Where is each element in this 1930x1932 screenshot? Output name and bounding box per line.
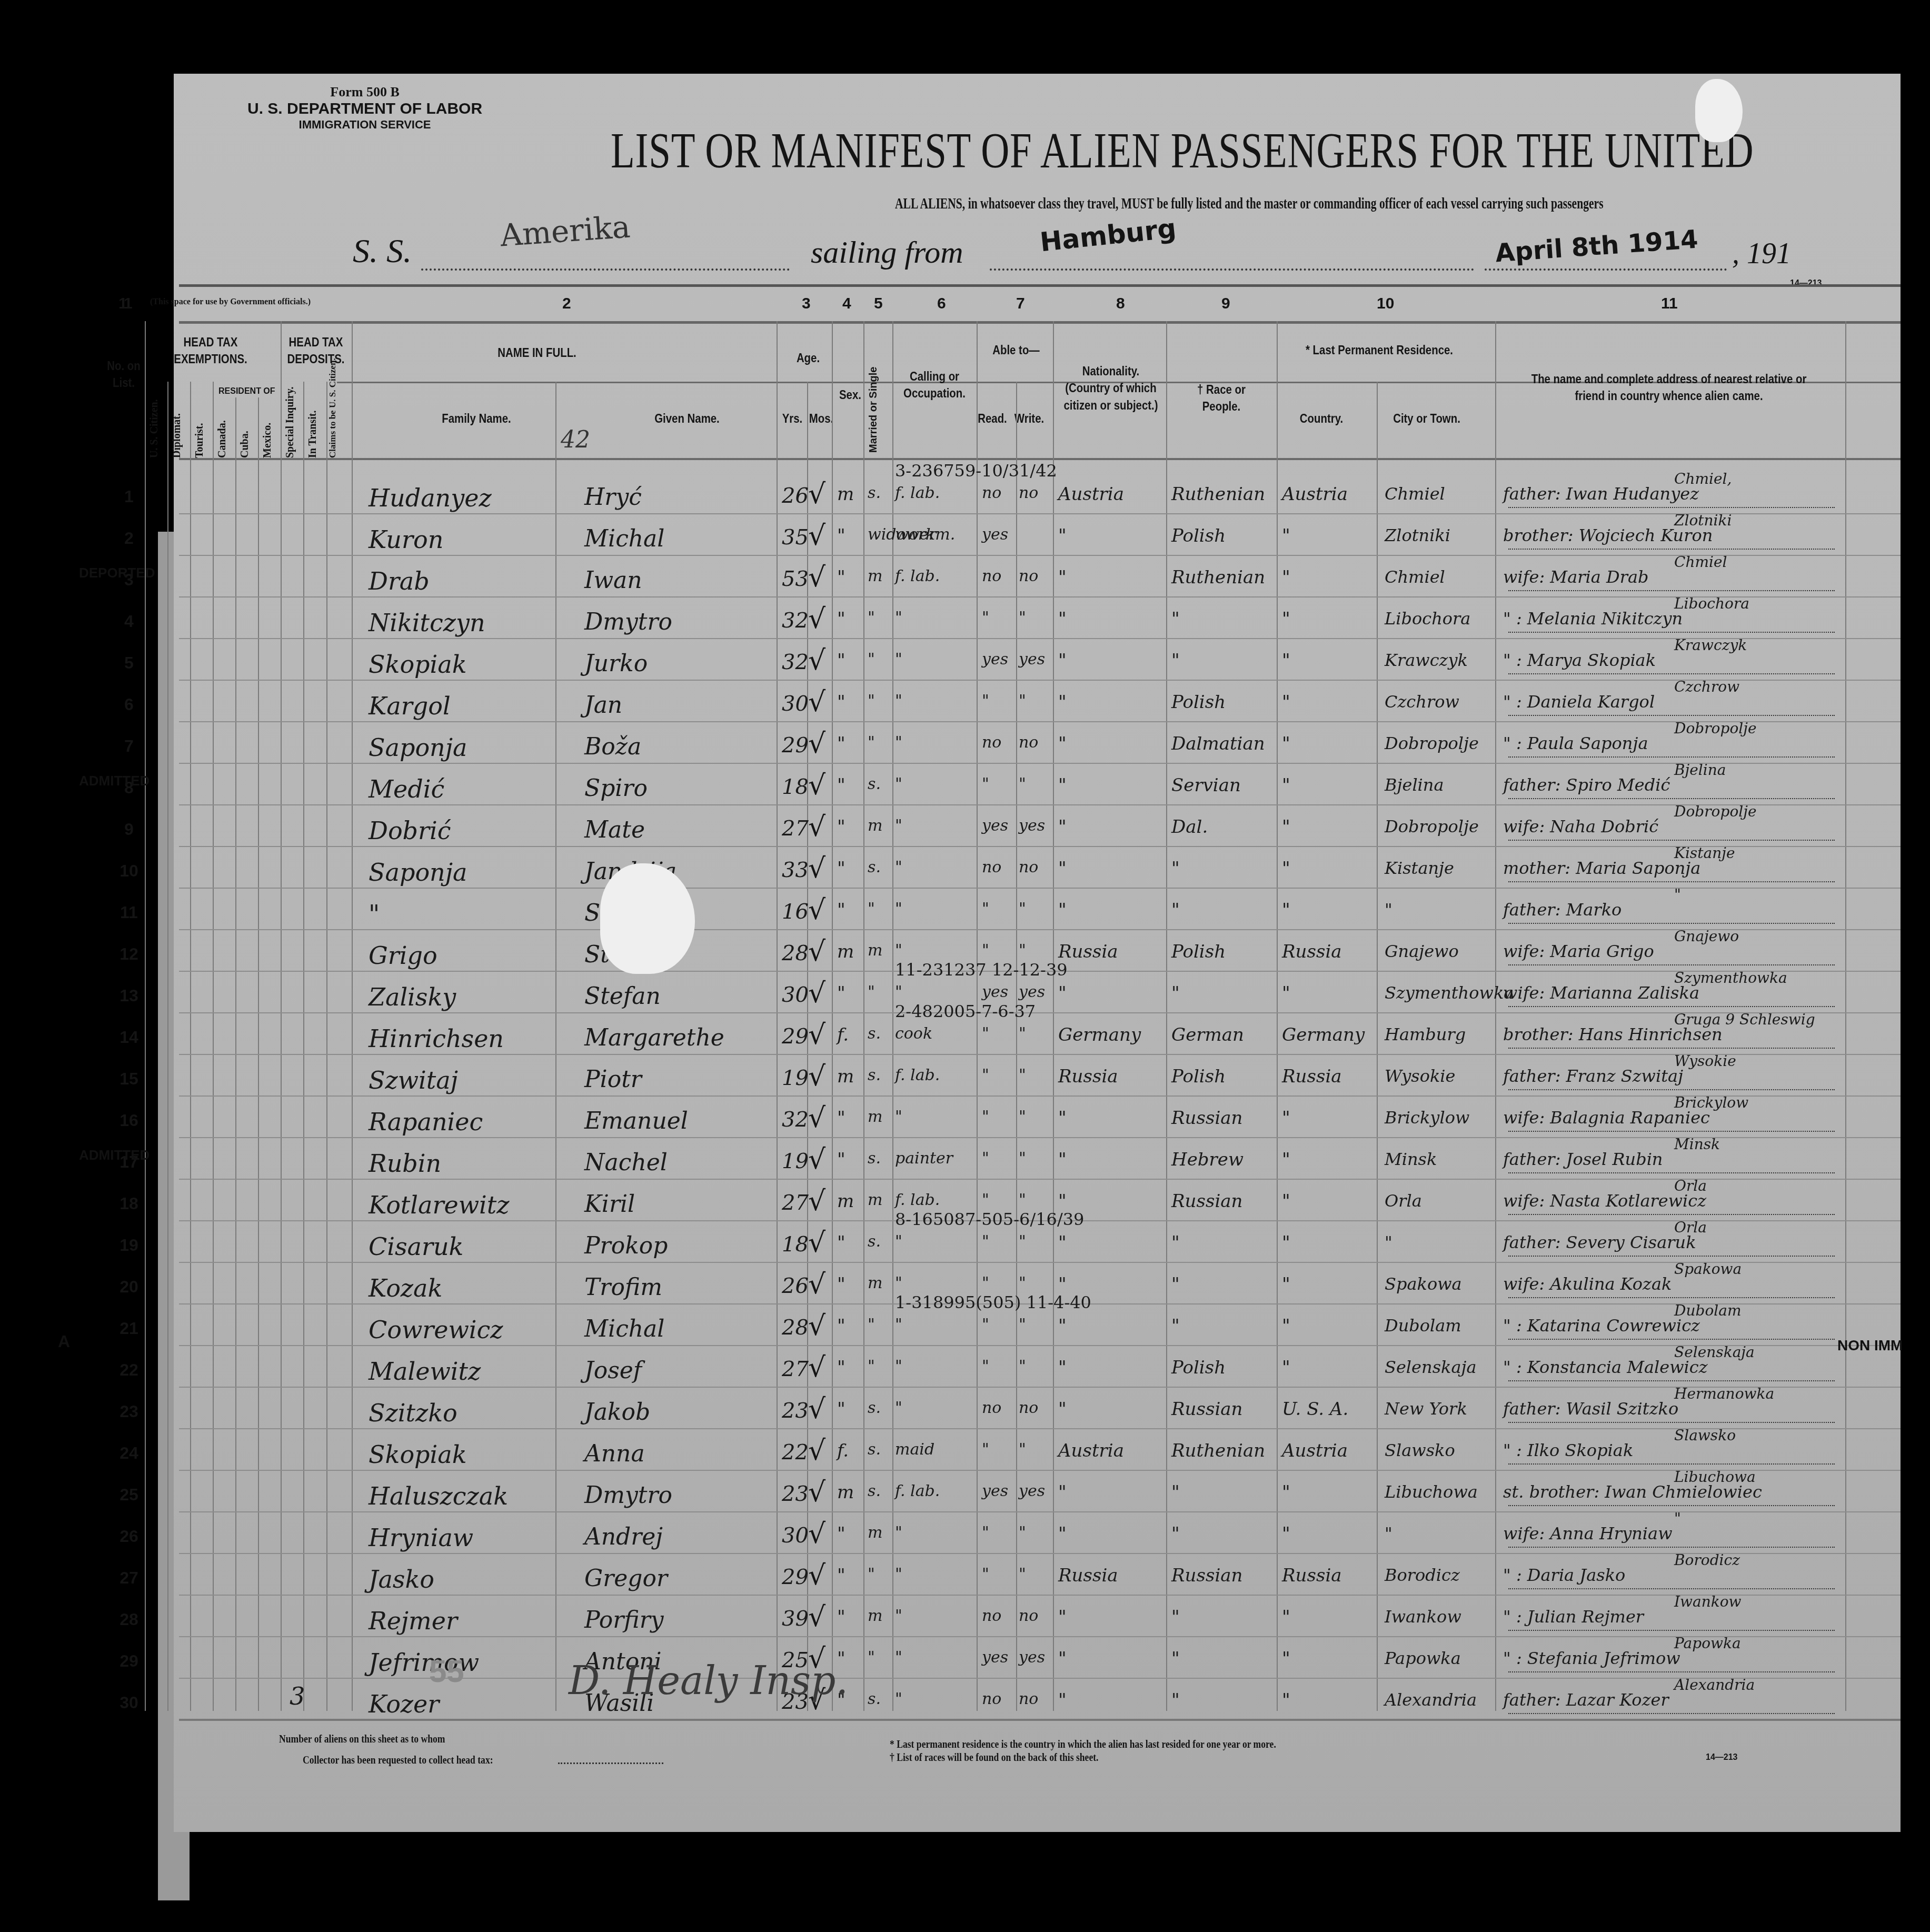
family-name-cell: Saponja xyxy=(369,858,467,887)
marital-status-cell: " xyxy=(868,1316,875,1334)
occupation-cell: " xyxy=(895,1357,902,1376)
write-cell: " xyxy=(1019,692,1026,710)
relative-field-line xyxy=(1508,1588,1835,1589)
race-cell: Hebrew xyxy=(1171,1149,1243,1170)
given-name-header: Given Name. xyxy=(631,411,743,427)
status-stamp: ADMITTED xyxy=(79,773,150,789)
relative-city-cell: Dobropolje xyxy=(1674,803,1756,820)
given-name-cell: Trofim xyxy=(584,1274,662,1301)
country-cell: " xyxy=(1282,1482,1290,1503)
country-cell: Austria xyxy=(1282,1440,1348,1461)
grid-v xyxy=(1277,321,1278,1711)
status-stamp: ADMITTED xyxy=(79,1147,150,1163)
read-cell: yes xyxy=(982,1482,1008,1500)
nationality-cell: " xyxy=(1058,1357,1067,1378)
grid-v xyxy=(1495,321,1496,1711)
nationality-cell: " xyxy=(1058,816,1067,838)
age-cell: 35 xyxy=(782,525,809,550)
city-cell: Minsk xyxy=(1385,1149,1437,1169)
row-annotation: 2-482005-7-6-37 xyxy=(895,1001,1036,1021)
col-num-9: 9 xyxy=(1221,295,1230,313)
relative-cell: father: Marko xyxy=(1503,900,1621,920)
write-cell: " xyxy=(1019,1108,1026,1126)
age-cell: 27 xyxy=(782,1357,809,1381)
family-name-cell: Cowrewicz xyxy=(369,1316,503,1344)
country-cell: " xyxy=(1282,1523,1290,1545)
relative-city-cell: Szymenthowka xyxy=(1674,969,1787,987)
nationality-cell: " xyxy=(1058,733,1067,754)
city-cell: Brickylow xyxy=(1385,1108,1469,1128)
in-transit-header: In Transit. xyxy=(307,400,319,458)
row-number: 5 xyxy=(113,653,145,673)
sex-cell: " xyxy=(837,609,845,630)
sex-cell: m xyxy=(837,1482,854,1503)
canada-header: Canada. xyxy=(216,400,228,458)
race-cell: Dalmatian xyxy=(1171,733,1265,754)
row-rule xyxy=(179,1595,1901,1596)
occupation-cell: maid xyxy=(895,1440,934,1459)
family-name-cell: Nikitczyn xyxy=(369,609,485,637)
port-field-line xyxy=(990,268,1474,271)
family-name-cell: Drab xyxy=(369,567,430,595)
read-cell: no xyxy=(982,733,1001,752)
relative-field-line xyxy=(1508,964,1835,965)
nationality-cell: " xyxy=(1058,650,1067,671)
occupation-cell: " xyxy=(895,1399,902,1417)
nationality-cell: " xyxy=(1058,1399,1067,1420)
read-cell: " xyxy=(982,1232,989,1251)
relative-city-cell: Alexandria xyxy=(1674,1676,1755,1694)
relative-city-cell: Zlotniki xyxy=(1674,512,1732,529)
relative-city-cell: Dubolam xyxy=(1674,1302,1741,1319)
note-races: † List of races will be found on the bac… xyxy=(890,1750,1099,1764)
country-cell: " xyxy=(1282,1274,1290,1295)
read-cell: " xyxy=(982,1024,989,1043)
city-cell: " xyxy=(1385,900,1392,920)
write-cell: no xyxy=(1019,1607,1038,1625)
row-rule xyxy=(179,763,1901,764)
row-rule xyxy=(179,888,1901,889)
race-cell: " xyxy=(1171,650,1180,671)
country-cell: " xyxy=(1282,1607,1290,1628)
grid-v xyxy=(145,321,146,1711)
checkmark-icon: √ xyxy=(808,1310,825,1342)
given-name-cell: Spiro xyxy=(584,775,648,802)
no-on-list-header: No. on List. xyxy=(106,358,142,392)
race-cell: Ruthenian xyxy=(1171,1440,1265,1461)
read-cell: " xyxy=(982,1316,989,1334)
read-cell: no xyxy=(982,567,1001,585)
relative-field-line xyxy=(1508,923,1835,924)
race-cell: Polish xyxy=(1171,692,1226,713)
relative-header: The name and complete address of nearest… xyxy=(1530,371,1808,405)
write-cell: " xyxy=(1019,1232,1026,1251)
checkmark-icon: √ xyxy=(808,645,825,676)
row-annotation: 8-165087-505-6/16/39 xyxy=(895,1209,1084,1229)
rule-header-bottom xyxy=(179,458,1901,460)
last-residence-header: * Last Permanent Residence. xyxy=(1299,342,1460,359)
country-cell: " xyxy=(1282,1232,1290,1253)
given-name-cell: Michal xyxy=(584,525,664,552)
city-cell: Szymenthowka xyxy=(1385,983,1514,1003)
head-tax-exemptions-header: HEAD TAX EXEMPTIONS. xyxy=(157,334,264,369)
row-number: 2 xyxy=(113,529,145,548)
mexico-header: Mexico. xyxy=(262,400,274,458)
family-name-cell: Dobrić xyxy=(369,816,451,845)
nationality-cell: " xyxy=(1058,1482,1067,1503)
country-cell: " xyxy=(1282,816,1290,838)
relative-city-cell: Chmiel xyxy=(1674,553,1727,571)
checkmark-icon: √ xyxy=(808,686,825,718)
occupation-cell: " xyxy=(895,733,902,752)
race-cell: " xyxy=(1171,1648,1180,1669)
vessel-field-line xyxy=(421,268,790,271)
nationality-cell: Austria xyxy=(1058,484,1124,505)
city-cell: Kistanje xyxy=(1385,858,1454,878)
sex-cell: " xyxy=(837,1149,845,1170)
country-cell: U. S. A. xyxy=(1282,1399,1348,1420)
row-rule xyxy=(179,1428,1901,1429)
relative-cell: father: Iwan Hudanyez xyxy=(1503,484,1699,504)
checkmark-icon: √ xyxy=(808,770,825,801)
age-cell: 26 xyxy=(782,484,809,508)
read-cell: no xyxy=(982,858,1001,877)
sex-cell: " xyxy=(837,1108,845,1129)
col-num-5: 5 xyxy=(874,295,883,313)
grid-v xyxy=(1166,321,1167,1711)
race-cell: " xyxy=(1171,1274,1180,1295)
col-num-1-display: 1 xyxy=(124,295,133,313)
age-cell: 39 xyxy=(782,1607,809,1631)
sex-cell: " xyxy=(837,567,845,588)
footer-print-code: 14—213 xyxy=(1706,1753,1738,1762)
row-number: 25 xyxy=(113,1485,145,1505)
checkmark-icon: √ xyxy=(808,1560,825,1591)
relative-field-line xyxy=(1508,1048,1835,1049)
col-num-6: 6 xyxy=(937,295,946,313)
able-to-header: Able to— xyxy=(985,342,1048,359)
race-cell: Servian xyxy=(1171,775,1241,796)
marital-status-cell: s. xyxy=(868,484,881,502)
page-title: LIST OR MANIFEST OF ALIEN PASSENGERS FOR… xyxy=(611,121,1754,180)
relative-city-cell: " xyxy=(1674,1510,1681,1527)
row-annotation: 1-318995(505) 11-4-40 xyxy=(895,1292,1091,1312)
occupation-cell: " xyxy=(895,775,902,793)
read-cell: no xyxy=(982,1607,1001,1625)
row-number: 27 xyxy=(113,1568,145,1588)
age-cell: 32 xyxy=(782,650,809,674)
relative-city-cell: Gruga 9 Schleswig xyxy=(1674,1011,1815,1028)
row-number: 23 xyxy=(113,1402,145,1421)
grid-v xyxy=(281,321,282,1711)
checkmark-icon: √ xyxy=(808,1269,825,1300)
age-cell: 23 xyxy=(782,1482,809,1506)
sex-header: Sex. xyxy=(837,387,864,404)
nationality-header: Nationality. (Country of which citizen o… xyxy=(1062,363,1160,414)
relative-field-line xyxy=(1508,881,1835,882)
relative-city-cell: Orla xyxy=(1674,1219,1707,1236)
city-cell: Bjelina xyxy=(1385,775,1444,795)
relative-city-cell: Iwankow xyxy=(1674,1593,1742,1610)
country-cell: " xyxy=(1282,1191,1290,1212)
read-cell: " xyxy=(982,1149,989,1168)
read-cell: no xyxy=(982,484,1001,502)
given-name-cell: Jan xyxy=(584,692,622,719)
race-cell: Polish xyxy=(1171,1357,1226,1378)
mos-header: Mos. xyxy=(808,411,835,427)
row-rule xyxy=(179,1262,1901,1263)
city-cell: Chmiel xyxy=(1385,567,1445,587)
country-cell: Russia xyxy=(1282,941,1342,962)
occupation-cell: " xyxy=(895,1108,902,1126)
family-name-cell: Kuron xyxy=(369,525,443,554)
given-name-cell: Boža xyxy=(584,733,641,760)
family-name-cell: " xyxy=(369,900,380,928)
relative-field-line xyxy=(1508,1172,1835,1173)
read-cell: yes xyxy=(982,650,1008,669)
nationality-cell: " xyxy=(1058,858,1067,879)
nationality-cell: " xyxy=(1058,692,1067,713)
checkmark-icon: √ xyxy=(808,603,825,635)
row-rule xyxy=(179,680,1901,681)
country-cell: " xyxy=(1282,733,1290,754)
row-rule xyxy=(179,721,1901,722)
family-name-cell: Haluszczak xyxy=(369,1482,508,1510)
marital-status-cell: " xyxy=(868,1357,875,1376)
marital-status-cell: s. xyxy=(868,1482,881,1500)
marital-status-cell: " xyxy=(868,733,875,752)
checkmark-icon: √ xyxy=(808,1061,825,1092)
write-cell: " xyxy=(1019,1440,1026,1459)
row-number: 18 xyxy=(113,1194,145,1213)
ss-label: S. S. xyxy=(353,232,412,271)
head-tax-deposits-header: HEAD TAX DEPOSITS. xyxy=(285,334,347,369)
row-number: 1 xyxy=(113,487,145,506)
given-name-cell: Emanuel xyxy=(584,1108,688,1134)
relative-city-cell: Krawczyk xyxy=(1674,636,1747,654)
checkmark-icon: √ xyxy=(808,728,825,760)
row-rule xyxy=(179,1096,1901,1097)
row-rule xyxy=(179,1345,1901,1346)
nationality-cell: " xyxy=(1058,1607,1067,1628)
relative-field-line xyxy=(1508,1505,1835,1506)
nationality-cell: " xyxy=(1058,1232,1067,1253)
occupation-cell: f. lab. xyxy=(895,567,940,585)
write-cell: yes xyxy=(1019,1482,1045,1500)
col-num-3: 3 xyxy=(802,295,811,313)
row-number: 10 xyxy=(113,861,145,881)
city-cell: Chmiel xyxy=(1385,484,1445,504)
relative-field-line xyxy=(1508,1630,1835,1631)
write-cell: " xyxy=(1019,775,1026,793)
marital-status-cell: m xyxy=(868,567,882,585)
marital-status-cell: m xyxy=(868,1523,882,1542)
checkmark-icon: √ xyxy=(808,1186,825,1217)
checkmark-icon: √ xyxy=(808,1227,825,1259)
read-cell: yes xyxy=(982,983,1008,1001)
race-header: † Race or People. xyxy=(1177,382,1266,416)
city-cell: Alexandria xyxy=(1385,1690,1477,1710)
race-cell: " xyxy=(1171,983,1180,1004)
write-cell: " xyxy=(1019,1274,1026,1292)
row-annotation: 3-236759-10/31/42 xyxy=(895,461,1057,481)
marital-status-cell: m xyxy=(868,1274,882,1292)
claims-us-citizen-header: Claims to be U. S. Citizen. xyxy=(327,379,338,458)
relative-cell: " : Ilko Skopiak xyxy=(1503,1440,1633,1460)
sex-cell: m xyxy=(837,484,854,505)
write-cell: no xyxy=(1019,733,1038,752)
country-cell: " xyxy=(1282,1149,1290,1170)
nationality-cell: " xyxy=(1058,1191,1067,1212)
marital-status-cell: m xyxy=(868,1108,882,1126)
read-cell: " xyxy=(982,1108,989,1126)
race-cell: Russian xyxy=(1171,1565,1242,1586)
read-cell: " xyxy=(982,775,989,793)
relative-cell: father: Franz Szwitaj xyxy=(1503,1066,1683,1086)
read-cell: yes xyxy=(982,816,1008,835)
read-cell: " xyxy=(982,1565,989,1584)
marital-status-cell: s. xyxy=(868,858,881,877)
write-cell: " xyxy=(1019,900,1026,918)
rule-footer xyxy=(179,1719,1901,1721)
age-cell: 32 xyxy=(782,1108,809,1132)
marital-status-cell: s. xyxy=(868,1399,881,1417)
occupation-cell: " xyxy=(895,1565,902,1584)
occupation-cell: " xyxy=(895,650,902,669)
nationality-cell: " xyxy=(1058,1648,1067,1669)
row-number: 20 xyxy=(113,1277,145,1297)
age-cell: 30 xyxy=(782,1523,809,1548)
family-name-cell: Kozer xyxy=(369,1690,439,1718)
checkmark-icon: √ xyxy=(808,479,825,510)
row-rule xyxy=(179,929,1901,930)
row-number: 21 xyxy=(113,1319,145,1338)
sex-cell: " xyxy=(837,1232,845,1253)
nationality-cell: " xyxy=(1058,1690,1067,1711)
relative-field-line xyxy=(1508,549,1835,550)
race-cell: Ruthenian xyxy=(1171,484,1265,505)
relative-city-cell: Orla xyxy=(1674,1177,1707,1194)
checkmark-icon: √ xyxy=(808,1477,825,1508)
family-name-cell: Kotlarewitz xyxy=(369,1191,509,1219)
occupation-cell: cook xyxy=(895,1024,932,1043)
page-subtitle: ALL ALIENS, in whatsoever class they tra… xyxy=(895,195,1604,213)
given-name-cell: Nachel xyxy=(584,1149,668,1176)
country-cell: " xyxy=(1282,858,1290,879)
country-cell: Austria xyxy=(1282,484,1348,505)
grid-v xyxy=(832,321,833,1711)
grid-v xyxy=(1053,321,1054,1711)
occupation-cell: f. lab. xyxy=(895,1191,940,1209)
relative-field-line xyxy=(1508,507,1835,508)
given-name-cell: Andrej xyxy=(584,1523,663,1550)
row-number: 30 xyxy=(113,1693,145,1712)
relative-cell: wife: Akulina Kozak xyxy=(1503,1274,1672,1294)
marital-status-cell: " xyxy=(868,692,875,710)
row-number: 9 xyxy=(113,820,145,839)
marital-status-cell: " xyxy=(868,609,875,627)
checkmark-icon: √ xyxy=(808,1019,825,1051)
row-number: 19 xyxy=(113,1236,145,1255)
country-cell: " xyxy=(1282,1316,1290,1337)
city-cell: Dobropolje xyxy=(1385,733,1479,753)
given-name-cell: Kiril xyxy=(584,1191,635,1218)
read-cell: yes xyxy=(982,525,1008,544)
city-cell: Dobropolje xyxy=(1385,816,1479,836)
write-cell: no xyxy=(1019,484,1038,502)
col-num-8: 8 xyxy=(1116,295,1125,313)
age-cell: 29 xyxy=(782,733,809,758)
race-cell: " xyxy=(1171,609,1180,630)
relative-city-cell: Dobropolje xyxy=(1674,720,1756,737)
city-cell: Papowka xyxy=(1385,1648,1461,1668)
relative-field-line xyxy=(1508,1339,1835,1340)
nationality-cell: Russia xyxy=(1058,941,1118,962)
given-name-cell: Porfiry xyxy=(584,1607,664,1634)
relative-cell: " : Julian Rejmer xyxy=(1503,1607,1644,1627)
aliens-count: 3 xyxy=(290,1682,305,1710)
family-name-cell: Skopiak xyxy=(369,650,467,679)
row-number: 15 xyxy=(113,1069,145,1089)
marital-status-cell: s. xyxy=(868,1066,881,1084)
nationality-cell: " xyxy=(1058,983,1067,1004)
marital-status-cell: s. xyxy=(868,1232,881,1251)
sex-cell: " xyxy=(837,1399,845,1420)
write-cell: " xyxy=(1019,1024,1026,1043)
relative-field-line xyxy=(1508,1671,1835,1672)
age-cell: 30 xyxy=(782,983,809,1007)
age-cell: 18 xyxy=(782,775,809,799)
country-cell: " xyxy=(1282,983,1290,1004)
occupation-cell: " xyxy=(895,609,902,627)
write-cell: " xyxy=(1019,1191,1026,1209)
nationality-cell: " xyxy=(1058,900,1067,921)
row-rule xyxy=(179,555,1901,556)
given-name-cell: Margarethe xyxy=(584,1024,724,1051)
relative-cell: " : Paula Saponja xyxy=(1503,733,1648,753)
sex-cell: " xyxy=(837,775,845,796)
relative-field-line xyxy=(1508,1214,1835,1215)
note-residence: * Last permanent residence is the countr… xyxy=(890,1737,1276,1751)
occupation-cell: workm. xyxy=(895,525,955,544)
given-name-cell: Anna xyxy=(584,1440,645,1467)
married-single-header: Married or Single xyxy=(868,363,880,453)
family-name-cell: Zalisky xyxy=(369,983,456,1011)
occupation-cell: " xyxy=(895,900,902,918)
sex-cell: " xyxy=(837,1274,845,1295)
write-cell: yes xyxy=(1019,816,1045,835)
date-field-line xyxy=(1485,268,1727,271)
write-cell: no xyxy=(1019,858,1038,877)
relative-field-line xyxy=(1508,1006,1835,1007)
row-rule xyxy=(179,1511,1901,1512)
read-cell: no xyxy=(982,1690,1001,1708)
sex-cell: m xyxy=(837,1066,854,1087)
given-name-cell: Josef xyxy=(584,1357,642,1384)
relative-field-line xyxy=(1508,1297,1835,1298)
row-rule xyxy=(179,846,1901,847)
sex-cell: " xyxy=(837,1316,845,1337)
checkmark-icon: √ xyxy=(808,936,825,968)
country-cell: " xyxy=(1282,1357,1290,1378)
relative-cell: " : Melania Nikitczyn xyxy=(1503,609,1683,629)
age-cell: 16 xyxy=(782,900,809,924)
relative-city-cell: Hermanowka xyxy=(1674,1385,1774,1402)
given-name-cell: Hryć xyxy=(584,484,642,511)
row-rule xyxy=(179,1012,1901,1013)
row-number: 6 xyxy=(113,695,145,714)
relative-field-line xyxy=(1508,632,1835,633)
